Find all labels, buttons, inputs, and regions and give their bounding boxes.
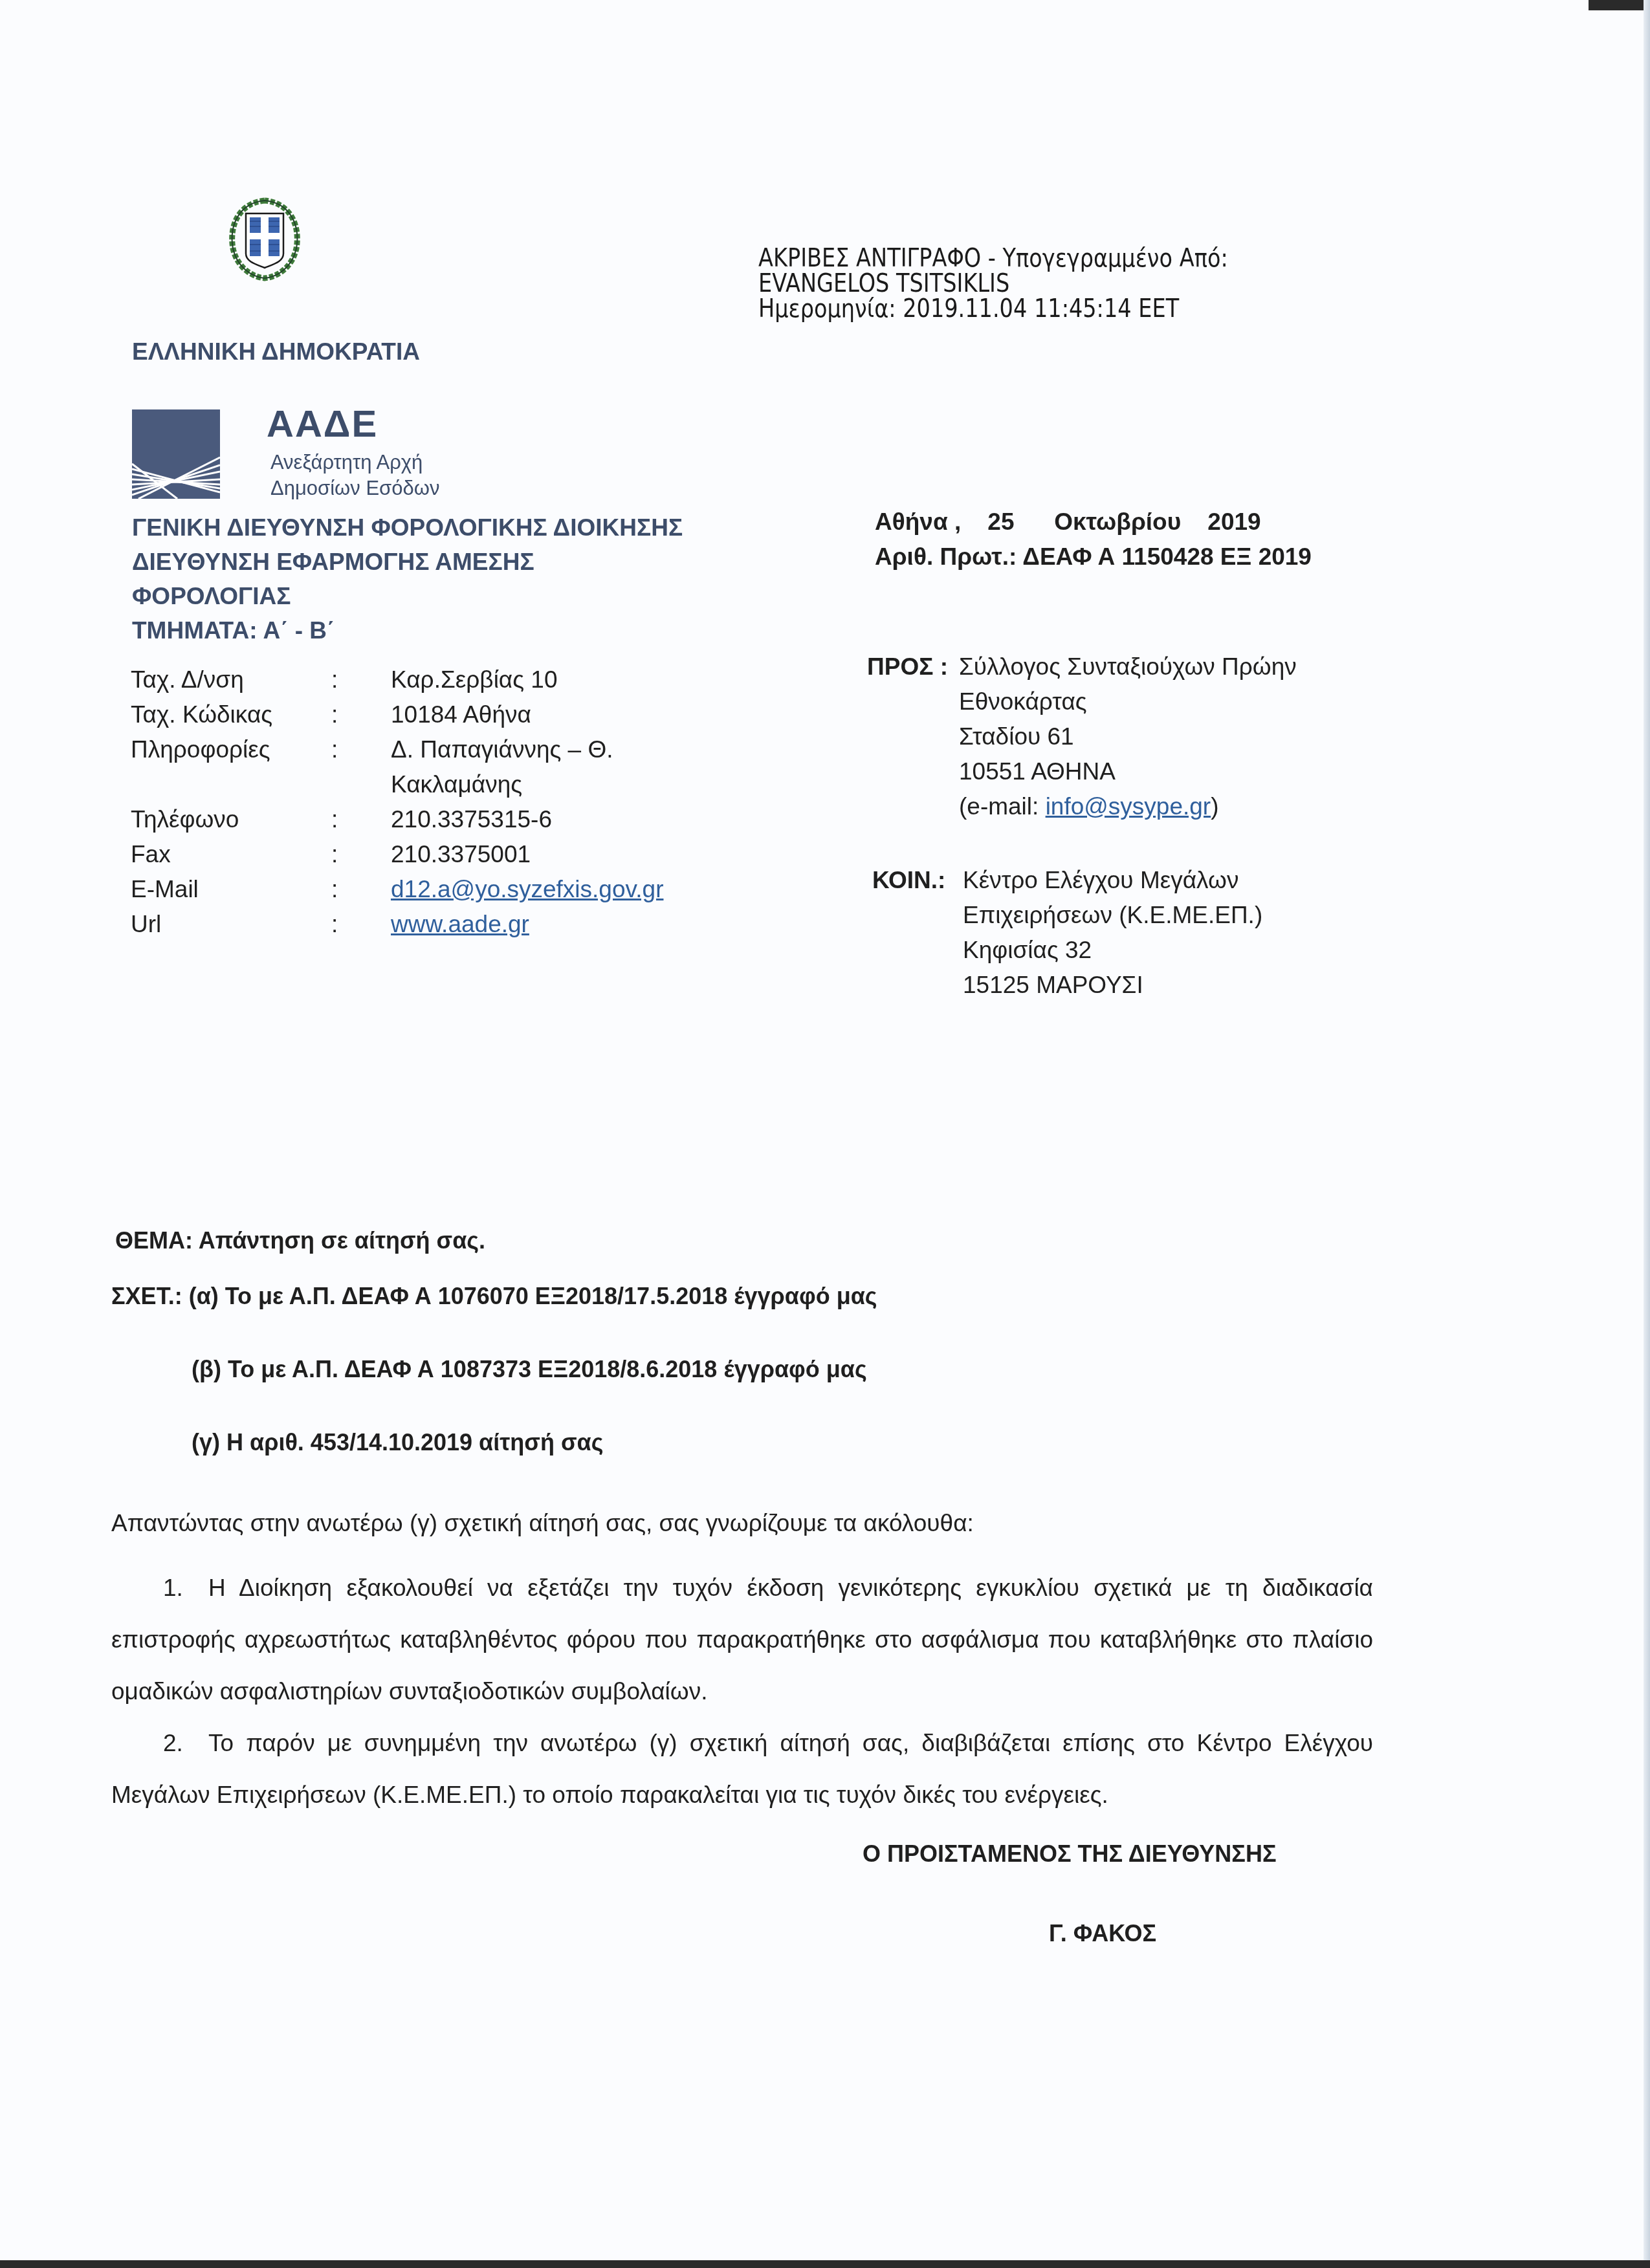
contact-value: Δ. Παπαγιάννης – Θ. bbox=[391, 736, 613, 763]
protocol-number: Αριθ. Πρωτ.: ΔΕΑΦ Α 1150428 ΕΞ 2019 bbox=[875, 543, 1312, 571]
subject-line: ΘΕΜΑ: Απάντηση σε αίτησή σας. bbox=[115, 1227, 485, 1254]
website-link[interactable]: www.aade.gr bbox=[391, 911, 529, 938]
recipient-email-link[interactable]: info@sysype.gr bbox=[1046, 793, 1211, 820]
email-prefix: (e-mail: bbox=[959, 793, 1046, 820]
contact-label: Ταχ. Κώδικας bbox=[131, 701, 272, 728]
contact-separator: : bbox=[331, 666, 338, 693]
contact-separator: : bbox=[331, 841, 338, 868]
agency-name-line1: Ανεξάρτητη Αρχή bbox=[270, 451, 423, 474]
cc-line: 15125 ΜΑΡΟΥΣΙ bbox=[963, 972, 1143, 999]
contact-separator: : bbox=[331, 736, 338, 763]
contact-value: 210.3375315-6 bbox=[391, 806, 552, 833]
scan-edge-artifact bbox=[1589, 0, 1650, 10]
date-city: Αθήνα , bbox=[875, 508, 961, 535]
contact-label: Ταχ. Δ/νση bbox=[131, 666, 244, 693]
recipient-line: 10551 ΑΘΗΝΑ bbox=[959, 758, 1116, 785]
email-link[interactable]: d12.a@yo.syzefxis.gov.gr bbox=[391, 876, 663, 903]
contact-value: 10184 Αθήνα bbox=[391, 701, 531, 728]
digital-signature-stamp: ΑΚΡΙΒΕΣ ΑΝΤΙΓΡΑΦΟ - Υπογεγραμμένο Από: E… bbox=[758, 246, 1228, 322]
stamp-line: ΑΚΡΙΒΕΣ ΑΝΤΙΓΡΑΦΟ - Υπογεγραμμένο Από: bbox=[758, 246, 1228, 271]
cc-label: ΚΟΙΝ.: bbox=[872, 867, 945, 894]
department-line: ΔΙΕΥΘΥΝΣΗ ΕΦΑΡΜΟΓΗΣ ΑΜΕΣΗΣ bbox=[132, 545, 534, 579]
recipient-label: ΠΡΟΣ : bbox=[867, 653, 948, 681]
contact-label: Url bbox=[131, 911, 161, 938]
scan-edge-shadow bbox=[1644, 0, 1650, 2268]
recipient-email-line: (e-mail: info@sysype.gr) bbox=[959, 793, 1219, 820]
cc-line: Κέντρο Ελέγχου Μεγάλων bbox=[963, 867, 1238, 894]
agency-name-line2: Δημοσίων Εσόδων bbox=[270, 477, 439, 500]
stamp-signer: EVANGELOS TSITSIKLIS bbox=[758, 271, 1228, 296]
numbered-paragraph: 1.Η Διοίκηση εξακολουθεί να εξετάζει την… bbox=[111, 1562, 1373, 1717]
contact-label: Πληροφορίες bbox=[131, 736, 270, 763]
recipient-line: Εθνοκάρτας bbox=[959, 688, 1087, 715]
stamp-date: Ημερομηνία: 2019.11.04 11:45:14 EET bbox=[758, 296, 1228, 322]
contact-value: 210.3375001 bbox=[391, 841, 531, 868]
intro-paragraph: Απαντώντας στην ανωτέρω (γ) σχετική αίτη… bbox=[111, 1498, 1373, 1549]
paragraph-number: 2. bbox=[163, 1717, 208, 1769]
date-day: 25 bbox=[987, 508, 1014, 535]
paragraph-text: Η Διοίκηση εξακολουθεί να εξετάζει την τ… bbox=[111, 1575, 1373, 1705]
contact-separator: : bbox=[331, 911, 338, 938]
numbered-paragraph: 2.Το παρόν με συνημμένη την ανωτέρω (γ) … bbox=[111, 1717, 1373, 1821]
department-line: ΓΕΝΙΚΗ ΔΙΕΥΘΥΝΣΗ ΦΟΡΟΛΟΓΙΚΗΣ ΔΙΟΙΚΗΣΗΣ bbox=[132, 511, 683, 545]
department-line: ΤΜΗΜΑΤΑ: Α΄ - Β΄ bbox=[132, 614, 335, 648]
contact-separator: : bbox=[331, 876, 338, 903]
reference-text: (α) Το με Α.Π. ΔΕΑΦ Α 1076070 ΕΞ2018/17.… bbox=[189, 1283, 877, 1309]
contact-value: Καρ.Σερβίας 10 bbox=[391, 666, 558, 693]
republic-heading: ΕΛΛΗΝΙΚΗ ΔΗΜΟΚΡΑΤΙΑ bbox=[132, 338, 420, 365]
reference-label: ΣΧΕΤ.: bbox=[111, 1283, 182, 1309]
reference-item: (γ) Η αριθ. 453/14.10.2019 αίτησή σας bbox=[192, 1429, 603, 1456]
signatory-name: Γ. ΦΑΚΟΣ bbox=[1049, 1920, 1156, 1947]
reference-item: (β) Το με Α.Π. ΔΕΑΦ Α 1087373 ΕΞ2018/8.6… bbox=[192, 1356, 867, 1383]
reference-item: ΣΧΕΤ.: (α) Το με Α.Π. ΔΕΑΦ Α 1076070 ΕΞ2… bbox=[111, 1283, 877, 1310]
date-month: Οκτωβρίου bbox=[1054, 508, 1181, 535]
signatory-title: Ο ΠΡΟΙΣΤΑΜΕΝΟΣ ΤΗΣ ΔΙΕΥΘΥΝΣΗΣ bbox=[863, 1840, 1277, 1868]
cc-line: Επιχειρήσεων (Κ.Ε.ΜΕ.ΕΠ.) bbox=[963, 902, 1262, 929]
document-date: Αθήνα , 25 Οκτωβρίου 2019 bbox=[875, 508, 1261, 536]
contact-value: Κακλαμάνης bbox=[391, 771, 522, 798]
scan-edge-artifact bbox=[0, 2260, 1650, 2268]
contact-label: Τηλέφωνο bbox=[131, 806, 239, 833]
recipient-line: Σύλλογος Συνταξιούχων Πρώην bbox=[959, 653, 1297, 681]
paragraph-number: 1. bbox=[163, 1562, 208, 1614]
email-suffix: ) bbox=[1211, 793, 1218, 820]
paragraph-text: Το παρόν με συνημμένη την ανωτέρω (γ) σχ… bbox=[111, 1730, 1373, 1808]
aade-logo-icon bbox=[132, 409, 220, 499]
agency-abbreviation: ΑΑΔΕ bbox=[267, 402, 378, 446]
cc-line: Κηφισίας 32 bbox=[963, 937, 1092, 964]
date-year: 2019 bbox=[1207, 508, 1260, 535]
contact-label: Fax bbox=[131, 841, 171, 868]
contact-separator: : bbox=[331, 701, 338, 728]
department-line: ΦΟΡΟΛΟΓΙΑΣ bbox=[132, 580, 291, 613]
greek-coat-of-arms-icon bbox=[219, 194, 311, 283]
contact-separator: : bbox=[331, 806, 338, 833]
recipient-line: Σταδίου 61 bbox=[959, 723, 1074, 750]
contact-label: E-Mail bbox=[131, 876, 199, 903]
